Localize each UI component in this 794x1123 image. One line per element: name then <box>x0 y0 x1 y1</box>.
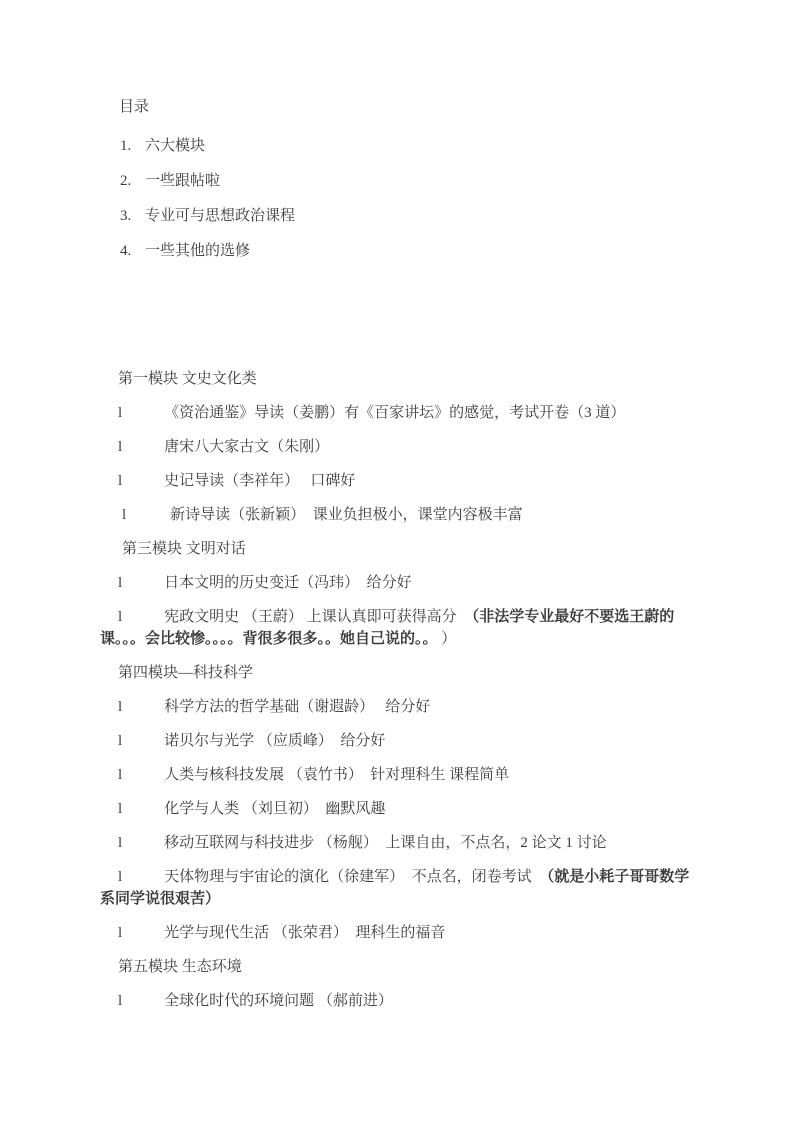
list-bullet: l <box>118 801 122 817</box>
list-bullet: l <box>118 473 122 489</box>
toc-item-label: 一些跟帖啦 <box>145 173 220 189</box>
toc-item: 1.六大模块 <box>120 135 700 157</box>
course-item: l天体物理与宇宙论的演化（徐建军） 不点名，闭卷考试 （就是小耗子哥哥数学系同学… <box>100 866 700 910</box>
course-text: 《资治通鉴》导读（姜鹏）有《百家讲坛》的感觉，考试开卷（3 道） <box>164 405 625 421</box>
toc-item: 2.一些跟帖啦 <box>120 170 700 192</box>
course-text: 宪政文明史 （王蔚） 上课认真即可获得高分 <box>164 609 472 625</box>
course-text: 科学方法的哲学基础（谢遐龄） 给分好 <box>164 699 430 715</box>
module-heading: 第五模块 生态环境 <box>118 956 700 978</box>
list-bullet: l <box>118 925 122 941</box>
course-item: l诺贝尔与光学 （应质峰） 给分好 <box>100 730 700 752</box>
course-tail: ） <box>438 631 457 647</box>
toc-item-number: 1. <box>120 135 145 157</box>
course-item: l光学与现代生活 （张荣君） 理科生的福音 <box>100 922 700 944</box>
list-bullet: l <box>118 575 122 591</box>
course-item: l科学方法的哲学基础（谢遐龄） 给分好 <box>100 696 700 718</box>
list-bullet: l <box>118 699 122 715</box>
course-item: l宪政文明史 （王蔚） 上课认真即可获得高分 （非法学专业最好不要选王蔚的课。。… <box>100 606 700 650</box>
toc-item-label: 一些其他的选修 <box>145 243 250 259</box>
course-text: 天体物理与宇宙论的演化（徐建军） 不点名，闭卷考试 <box>164 869 547 885</box>
course-item: l唐宋八大家古文（朱刚） <box>100 436 700 458</box>
list-bullet: l <box>122 507 126 523</box>
course-item: l史记导读（李祥年） 口碑好 <box>100 470 700 492</box>
course-item: l新诗导读（张新颖） 课业负担极小，课堂内容极丰富 <box>100 504 700 526</box>
module-heading: 第三模块 文明对话 <box>122 538 700 560</box>
document-page: 目录 1.六大模块 2.一些跟帖啦 3.专业可与思想政治课程 4.一些其他的选修… <box>0 0 794 1123</box>
course-text: 史记导读（李祥年） 口碑好 <box>164 473 355 489</box>
toc-title: 目录 <box>119 96 700 118</box>
course-item: l《资治通鉴》导读（姜鹏）有《百家讲坛》的感觉，考试开卷（3 道） <box>100 402 700 424</box>
list-bullet: l <box>118 439 122 455</box>
course-text: 移动互联网与科技进步 （杨舰） 上课自由，不点名，2 论文 1 讨论 <box>164 835 607 851</box>
list-bullet: l <box>118 869 122 885</box>
course-text: 新诗导读（张新颖） 课业负担极小，课堂内容极丰富 <box>170 507 523 523</box>
table-of-contents: 1.六大模块 2.一些跟帖啦 3.专业可与思想政治课程 4.一些其他的选修 <box>100 135 700 262</box>
course-text: 人类与核科技发展 （袁竹书） 针对理科生 课程简单 <box>164 767 509 783</box>
list-bullet: l <box>118 993 122 1009</box>
list-bullet: l <box>118 767 122 783</box>
toc-item-number: 3. <box>120 205 145 227</box>
module-heading: 第一模块 文史文化类 <box>118 368 700 390</box>
course-item: l化学与人类 （刘旦初） 幽默风趣 <box>100 798 700 820</box>
course-text: 光学与现代生活 （张荣君） 理科生的福音 <box>164 925 445 941</box>
course-item: l全球化时代的环境问题 （郝前进） <box>100 990 700 1012</box>
course-text: 全球化时代的环境问题 （郝前进） <box>164 993 393 1009</box>
toc-item-label: 专业可与思想政治课程 <box>145 208 295 224</box>
list-bullet: l <box>118 609 122 625</box>
list-bullet: l <box>118 733 122 749</box>
module-heading: 第四模块—科技科学 <box>118 662 700 684</box>
course-text: 化学与人类 （刘旦初） 幽默风趣 <box>164 801 385 817</box>
list-bullet: l <box>118 405 122 421</box>
toc-item: 4.一些其他的选修 <box>120 240 700 262</box>
toc-item-number: 4. <box>120 240 145 262</box>
course-text: 唐宋八大家古文（朱刚） <box>164 439 329 455</box>
toc-item-label: 六大模块 <box>145 138 205 154</box>
blank-space <box>100 275 700 368</box>
toc-item: 3.专业可与思想政治课程 <box>120 205 700 227</box>
course-text: 日本文明的历史变迁（冯玮） 给分好 <box>164 575 412 591</box>
course-item: l日本文明的历史变迁（冯玮） 给分好 <box>100 572 700 594</box>
course-item: l人类与核科技发展 （袁竹书） 针对理科生 课程简单 <box>100 764 700 786</box>
toc-item-number: 2. <box>120 170 145 192</box>
list-bullet: l <box>118 835 122 851</box>
course-text: 诺贝尔与光学 （应质峰） 给分好 <box>164 733 385 749</box>
course-item: l移动互联网与科技进步 （杨舰） 上课自由，不点名，2 论文 1 讨论 <box>100 832 700 854</box>
document-content: 目录 1.六大模块 2.一些跟帖啦 3.专业可与思想政治课程 4.一些其他的选修… <box>0 0 794 1012</box>
